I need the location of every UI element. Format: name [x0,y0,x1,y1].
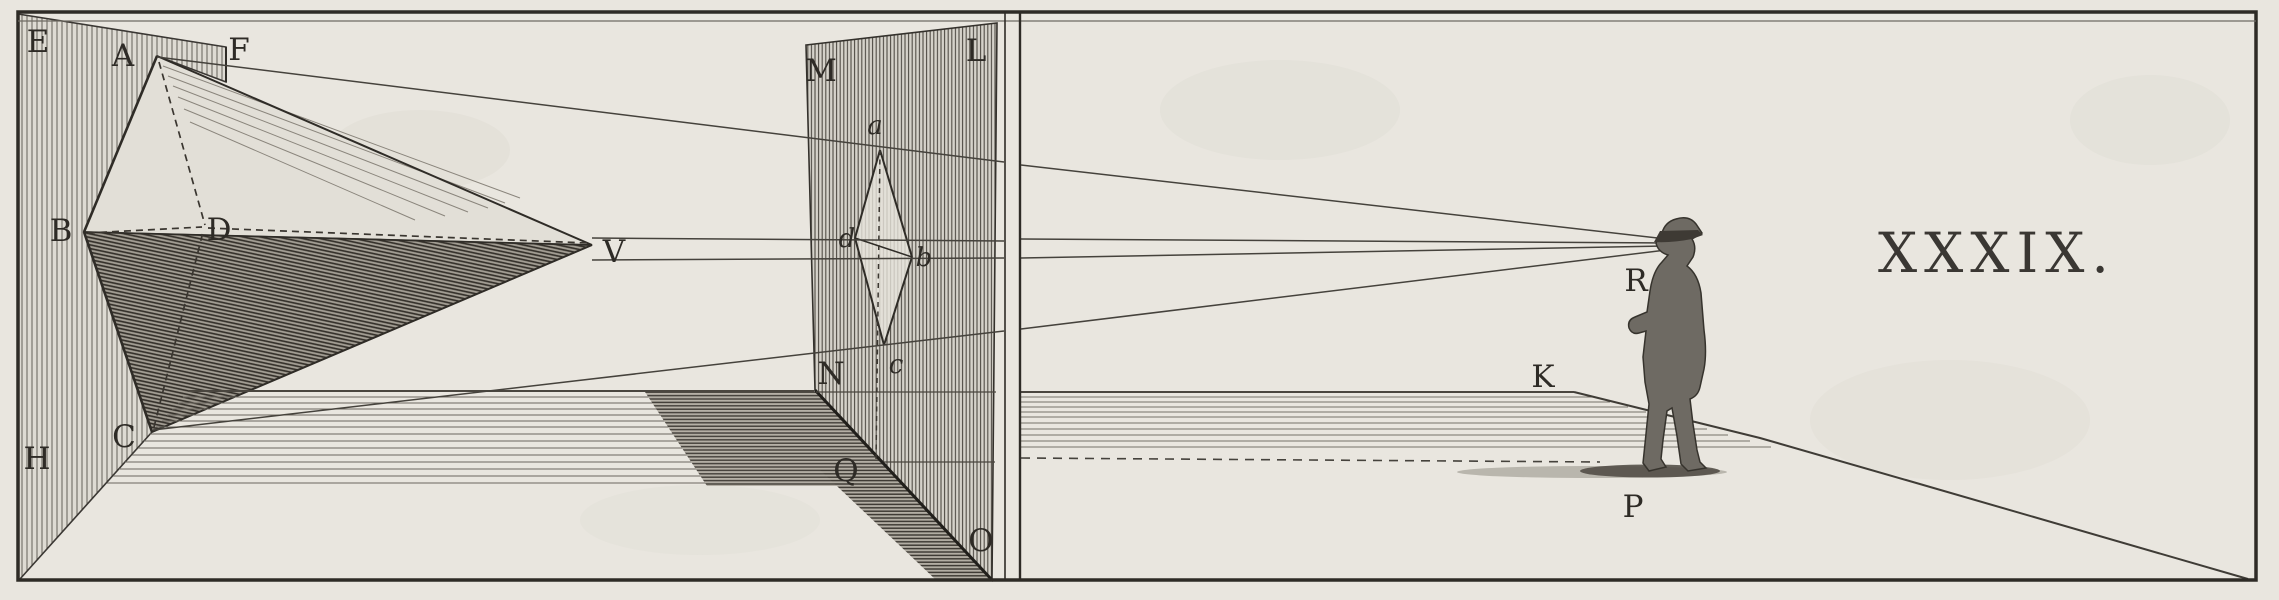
label-K: K [1531,359,1555,395]
label-N: N [817,356,844,392]
label-B: B [50,213,73,249]
label-c: c [889,350,904,380]
label-M: M [805,53,837,89]
label-A: A [111,38,135,74]
label-H: H [23,441,50,477]
label-a: a [867,111,883,141]
plate-number: XXXIX. [1878,221,2116,285]
label-b: b [916,243,933,273]
engraving-plate: E A F B D C H V M L N Q O a d b c [0,0,2279,600]
label-C: C [112,419,136,455]
label-D: D [207,212,232,248]
label-F: F [228,32,250,68]
perspective-diagram: E A F B D C H V M L N Q O a d b c [0,0,2279,600]
label-Q: Q [833,453,858,489]
label-d: d [839,224,856,254]
label-P: P [1623,489,1644,525]
label-O: O [968,523,993,559]
label-V: V [602,234,626,270]
label-E: E [27,24,50,60]
label-L: L [966,33,987,69]
label-R: R [1624,263,1649,299]
